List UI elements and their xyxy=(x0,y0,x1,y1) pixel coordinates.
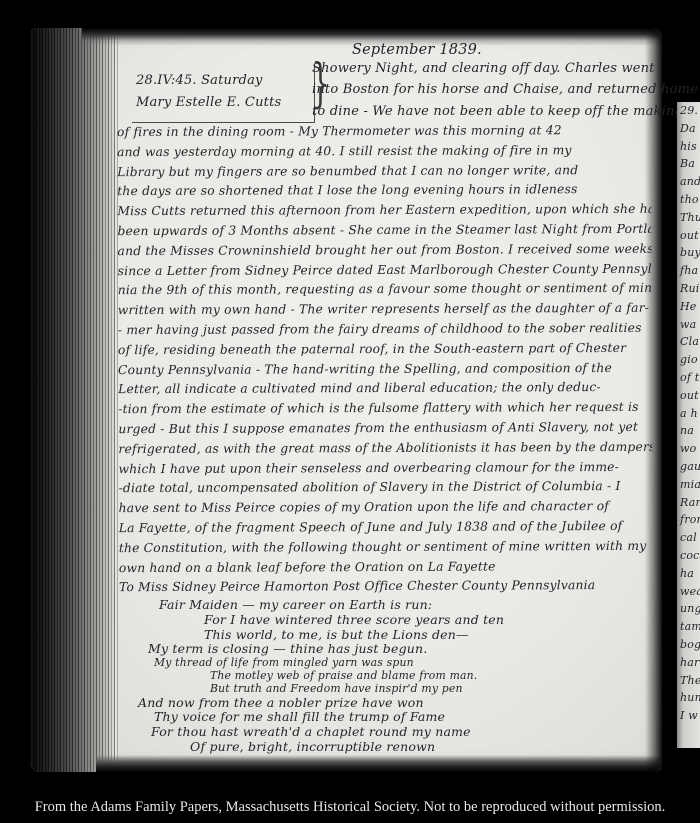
manuscript-line: into Boston for his horse and Chaise, an… xyxy=(312,79,664,100)
manuscript-line: Miss Cutts returned this afternoon from … xyxy=(117,200,651,222)
poem-line: Of pure, bright, incorruptible renown xyxy=(190,740,634,755)
next-page-fragment: har xyxy=(677,654,700,672)
next-page-fragment: mia xyxy=(677,476,700,494)
next-page-fragment: tam xyxy=(677,618,700,636)
next-page-fragment: bog xyxy=(677,636,700,654)
manuscript-line: -tion from the estimate of which is the … xyxy=(118,398,652,420)
poem-line: My term is closing — thine has just begu… xyxy=(148,642,634,657)
poem-line: For I have wintered three score years an… xyxy=(204,613,634,628)
manuscript-line: Letter, all indicate a cultivated mind a… xyxy=(118,378,652,400)
manuscript-line: - mer having just passed from the fairy … xyxy=(118,319,652,341)
next-page-fragment: Rui xyxy=(677,280,700,298)
next-page-fragment: The xyxy=(677,672,700,690)
next-page-fragment: hum xyxy=(677,689,700,707)
poem-line: And now from thee a nobler prize have wo… xyxy=(138,696,634,711)
next-page-fragment: cal xyxy=(677,529,700,547)
next-page-fragment: out xyxy=(677,387,700,405)
next-page-fragment: buy xyxy=(677,244,700,262)
manuscript-line: -diate total, uncompensated abolition of… xyxy=(119,477,653,499)
next-page-fragment: gio xyxy=(677,351,700,369)
next-page-fragment: from xyxy=(677,511,700,529)
page-bottom-edge-shadow xyxy=(96,755,662,772)
next-page-fragment: tho xyxy=(677,191,700,209)
next-page-fragment: fha xyxy=(677,262,700,280)
poem-line: Fair Maiden — my career on Earth is run: xyxy=(159,598,634,613)
attribution-caption: From the Adams Family Papers, Massachuse… xyxy=(0,799,700,816)
next-page-fragment: his xyxy=(677,138,700,156)
poem-line: This world, to me, is but the Lions den— xyxy=(204,628,634,643)
next-page-sliver: 29.DahisBaandthoThuoutbuyfhaRuiHewaClagi… xyxy=(677,102,700,748)
manuscript-line: which I have put upon their senseless an… xyxy=(118,457,652,479)
book-spine-page-edges xyxy=(30,28,118,772)
next-page-fragment: Ram xyxy=(677,494,700,512)
margin-date-line: 28.IV:45. Saturday xyxy=(136,70,308,92)
diary-page: September 1839. 28.IV:45. Saturday Mary … xyxy=(30,28,662,772)
next-page-fragment: Ba xyxy=(677,155,700,173)
manuscript-line: of life, residing beneath the paternal r… xyxy=(118,339,652,361)
margin-name-line: Mary Estelle E. Cutts xyxy=(136,92,308,114)
next-page-fragment: na xyxy=(677,422,700,440)
entry-opening: Showery Night, and clearing off day. Cha… xyxy=(312,58,664,122)
next-page-fragment: 29. xyxy=(677,102,700,120)
manuscript-line: written with my own hand - The writer re… xyxy=(118,299,652,321)
next-page-fragment: of th xyxy=(677,369,700,387)
manuscript-line: since a Letter from Sidney Peirce dated … xyxy=(118,259,652,281)
next-page-fragment: Thu xyxy=(677,209,700,227)
next-page-fragment: wea xyxy=(677,583,700,601)
manuscript-line: refrigerated, as with the great mass of … xyxy=(118,438,652,460)
entry-body: of fires in the dining room - My Thermom… xyxy=(117,121,653,598)
entry-month-heading: September 1839. xyxy=(352,42,482,58)
next-page-fragment: coc xyxy=(677,547,700,565)
manuscript-line: urged - But this I suppose emanates from… xyxy=(118,418,652,440)
manuscript-line: La Fayette, of the fragment Speech of Ju… xyxy=(119,517,653,539)
manuscript-line: and was yesterday morning at 40. I still… xyxy=(117,141,651,163)
manuscript-line: Showery Night, and clearing off day. Cha… xyxy=(312,58,664,79)
manuscript-line: the Constitution, with the following tho… xyxy=(119,537,653,559)
manuscript-line: have sent to Miss Peirce copies of my Or… xyxy=(119,497,653,519)
next-page-fragment: wa xyxy=(677,316,700,334)
poem-block: Fair Maiden — my career on Earth is run:… xyxy=(134,598,634,755)
next-page-fragment: I w xyxy=(677,707,700,725)
next-page-fragment: He xyxy=(677,298,700,316)
manuscript-line: and the Misses Crowninshield brought her… xyxy=(117,240,651,262)
manuscript-line: the days are so shortened that I lose th… xyxy=(117,180,651,202)
next-page-fragment: and xyxy=(677,173,700,191)
manuscript-line: of fires in the dining room - My Thermom… xyxy=(117,121,651,143)
next-page-fragment: gau xyxy=(677,458,700,476)
manuscript-line: To Miss Sidney Peirce Hamorton Post Offi… xyxy=(119,576,653,598)
next-page-fragment: ha xyxy=(677,565,700,583)
manuscript-line: Library but my fingers are so benumbed t… xyxy=(117,160,651,182)
manuscript-line: nia the 9th of this month, requesting as… xyxy=(118,279,652,301)
next-page-fragment: out xyxy=(677,227,700,245)
next-page-fragment: a h xyxy=(677,405,700,423)
poem-line: The motley web of praise and blame from … xyxy=(210,670,634,683)
entry-date-marginalia: 28.IV:45. Saturday Mary Estelle E. Cutts xyxy=(132,66,315,123)
manuscript-line: own hand on a blank leaf before the Orat… xyxy=(119,556,653,578)
next-page-fragment: wo xyxy=(677,440,700,458)
manuscript-line: County Pennsylvania - The hand-writing t… xyxy=(118,358,652,380)
manuscript-line: been upwards of 3 Months absent - She ca… xyxy=(117,220,651,242)
poem-line: Thy voice for me shall fill the trump of… xyxy=(154,710,634,725)
manuscript-line: to dine - We have not been able to keep … xyxy=(312,101,664,122)
poem-line: But truth and Freedom have inspir'd my p… xyxy=(210,683,634,696)
poem-line: For thou hast wreath'd a chaplet round m… xyxy=(151,725,634,740)
manuscript-photo: September 1839. 28.IV:45. Saturday Mary … xyxy=(0,0,700,823)
next-page-fragment: ung xyxy=(677,600,700,618)
next-page-fragment: Da xyxy=(677,120,700,138)
next-page-fragment: Cla xyxy=(677,333,700,351)
